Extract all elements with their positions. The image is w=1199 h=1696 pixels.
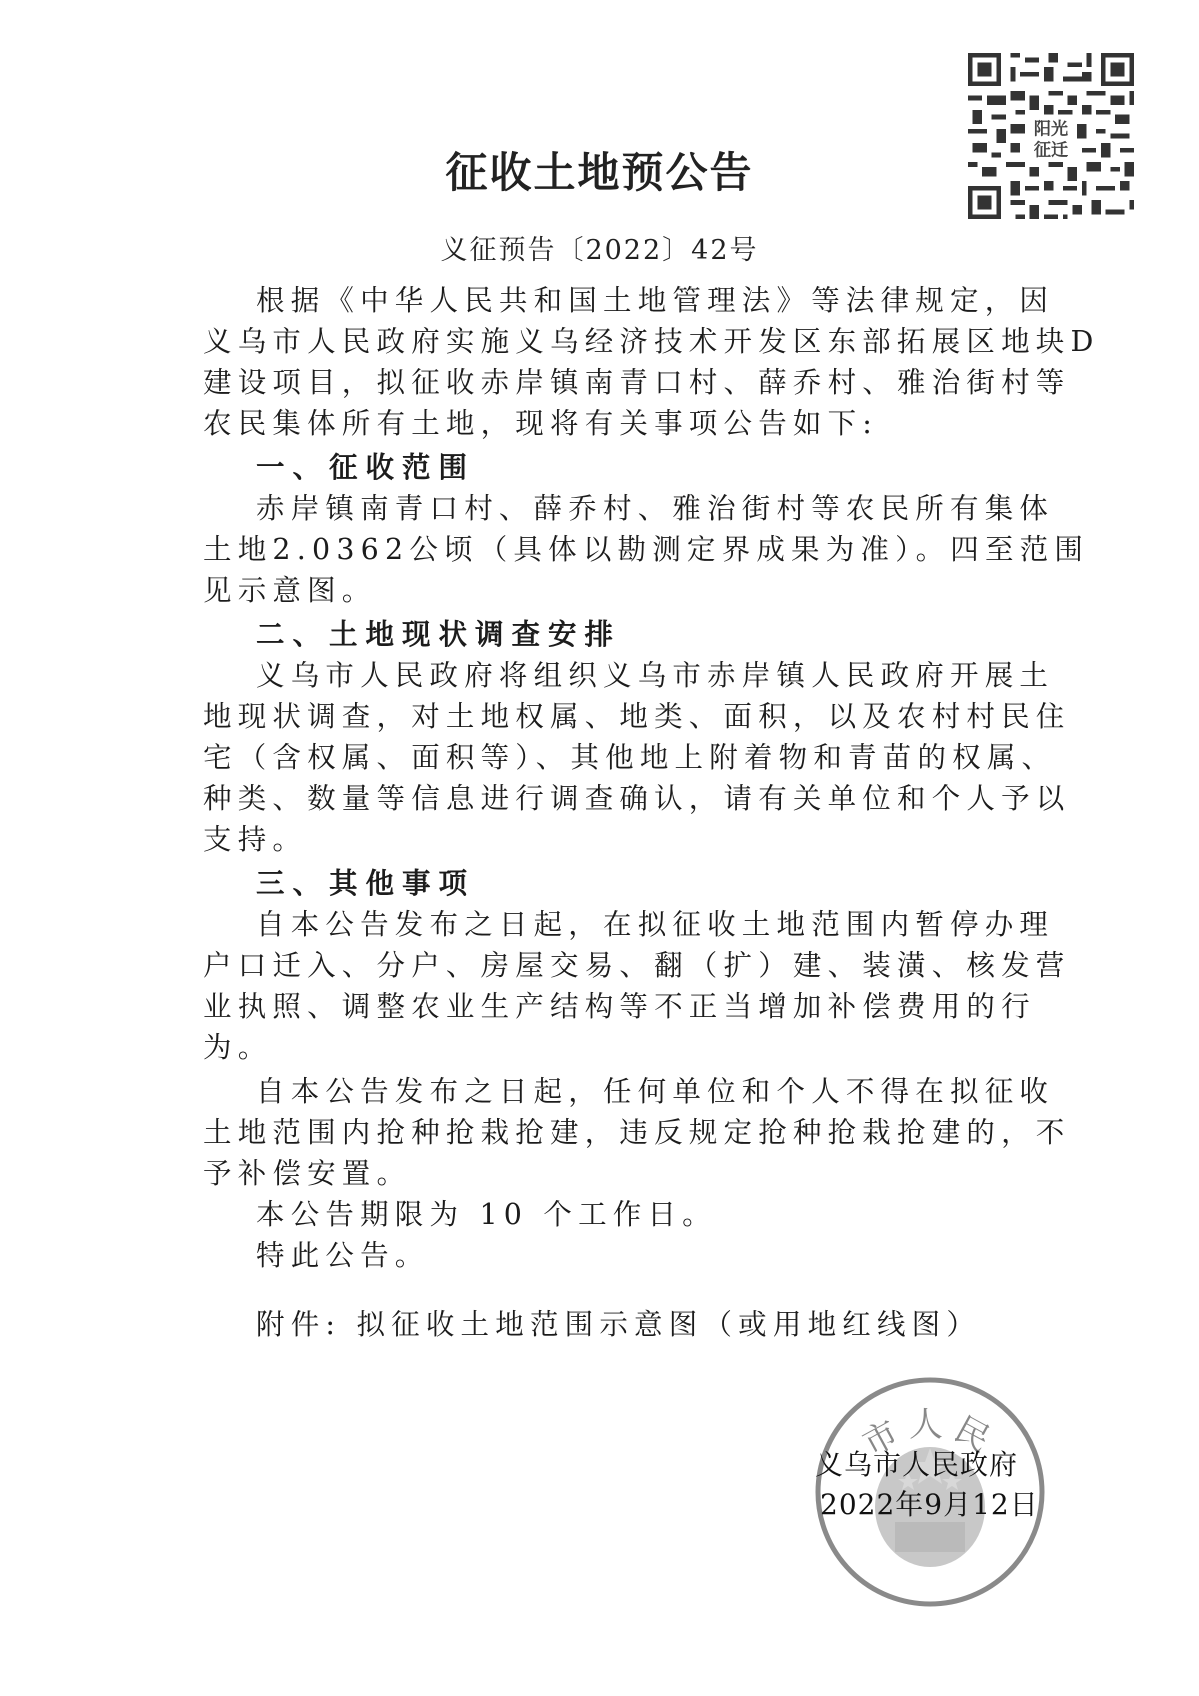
- paragraph-line: 种类、数量等信息进行调查确认，请有关单位和个人予以: [203, 781, 1033, 817]
- paragraph-line: 附件: 拟征收土地范围示意图（或用地红线图）: [256, 1307, 1086, 1343]
- svg-text:阳光: 阳光: [1034, 119, 1068, 140]
- paragraph-line: 特此公告。: [256, 1238, 1086, 1274]
- issue-date: 2022年9月12日: [820, 1483, 1039, 1523]
- paragraph-line: 自本公告发布之日起，任何单位和个人不得在拟征收: [256, 1074, 1086, 1110]
- paragraph-line: 见示意图。: [203, 573, 1033, 609]
- section-heading: 二、土地现状调查安排: [256, 617, 1086, 653]
- paragraph-line: 本公告期限为 10 个工作日。: [256, 1197, 1086, 1233]
- paragraph-line: 予补偿安置。: [203, 1156, 1033, 1192]
- page-title: 征收土地预公告: [0, 140, 1199, 200]
- paragraph-line: 支持。: [203, 822, 1033, 858]
- paragraph-line: 建设项目，拟征收赤岸镇南青口村、薛乔村、雅治街村等: [203, 365, 1033, 401]
- document-number: 义征预告〔2022〕42号: [0, 228, 1199, 267]
- paragraph-line: 赤岸镇南青口村、薛乔村、雅治街村等农民所有集体: [256, 491, 1086, 527]
- issuer-name: 义乌市人民政府: [815, 1443, 1018, 1483]
- paragraph-line: 农民集体所有土地，现将有关事项公告如下:: [203, 406, 1033, 442]
- paragraph-line: 业执照、调整农业生产结构等不正当增加补偿费用的行: [203, 989, 1033, 1025]
- section-heading: 一、征收范围: [256, 450, 1086, 486]
- paragraph-line: 根据《中华人民共和国土地管理法》等法律规定，因: [256, 283, 1086, 319]
- section-heading: 三、其他事项: [256, 866, 1086, 902]
- paragraph-line: 宅（含权属、面积等）、其他地上附着物和青苗的权属、: [203, 740, 1033, 776]
- paragraph-line: 地现状调查，对土地权属、地类、面积，以及农村村民住: [203, 699, 1033, 735]
- paragraph-line: 为。: [203, 1030, 1033, 1066]
- paragraph-line: 土地2.0362公顷（具体以勘测定界成果为准）。四至范围: [203, 532, 1033, 568]
- paragraph-line: 户口迁入、分户、房屋交易、翻（扩）建、装潢、核发营: [203, 948, 1033, 984]
- paragraph-line: 土地范围内抢种抢栽抢建，违反规定抢种抢栽抢建的，不: [203, 1115, 1033, 1151]
- paragraph-line: 义乌市人民政府实施义乌经济技术开发区东部拓展区地块D: [203, 324, 1033, 360]
- paragraph-line: 义乌市人民政府将组织义乌市赤岸镇人民政府开展土: [256, 658, 1086, 694]
- paragraph-line: 自本公告发布之日起，在拟征收土地范围内暂停办理: [256, 907, 1086, 943]
